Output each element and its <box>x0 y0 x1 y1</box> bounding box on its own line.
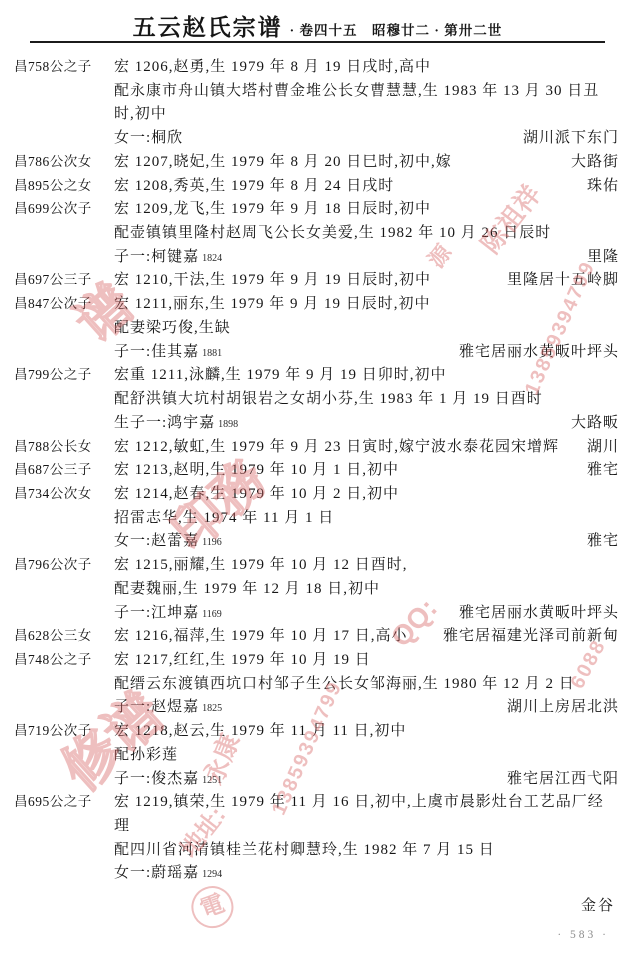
entry-line: 配孙彩莲 <box>14 743 619 767</box>
entry-line: 子一:佳其嘉1881雅宅居丽水黄畈叶坪头 <box>14 340 619 364</box>
entry-text: 宏 1208,秀英,生 1979 年 8 月 24 日戌时 <box>114 174 394 195</box>
entry-text: 配孙彩莲 <box>114 743 178 764</box>
residence-note: 雅宅居丽水黄畈叶坪头 <box>451 340 619 361</box>
residence-note: 大路畈 <box>563 411 619 432</box>
entry-line: 昌699公次子宏 1209,龙飞,生 1979 年 9 月 18 日辰时,初中 <box>14 197 619 221</box>
entry-line: 昌687公三子宏 1213,赵明,生 1979 年 10 月 1 日,初中雅宅 <box>14 458 619 482</box>
entry-text: 配妻梁巧俊,生缺 <box>114 316 231 337</box>
entry-text: 子一:柯键嘉1824 <box>114 245 222 266</box>
registry-number: 1825 <box>202 703 222 714</box>
entry-line: 子一:柯键嘉1824里隆 <box>14 245 619 269</box>
entry-parent-label: 昌697公三子 <box>14 268 114 288</box>
entry-line: 昌758公之子宏 1206,赵勇,生 1979 年 8 月 19 日戌时,高中 <box>14 55 619 79</box>
entry-parent-label: 昌788公长女 <box>14 435 114 455</box>
entry-parent-label: 昌719公次子 <box>14 719 114 739</box>
entry-line: 昌796公次子宏 1215,丽耀,生 1979 年 10 月 12 日酉时, <box>14 553 619 577</box>
genealogy-scan-page: 五云赵氏宗谱 · 卷四十五 昭穆廿二 · 第卅二世 昌758公之子宏 1206,… <box>0 0 635 968</box>
entry-line: 昌695公之子宏 1219,镇荣,生 1979 年 11 月 16 日,初中,上… <box>14 790 619 814</box>
entry-text: 配四川省河清镇桂兰花村卿慧玲,生 1982 年 7 月 15 日 <box>114 838 495 859</box>
entry-line: 配永康市舟山镇大塔村曹金堆公长女曹慧慧,生 1983 年 13 月 30 日丑 <box>14 79 619 103</box>
residence-note: 湖川 <box>579 435 619 456</box>
entry-line: 昌786公次女宏 1207,晓妃,生 1979 年 8 月 20 日巳时,初中,… <box>14 150 619 174</box>
entry-text: 宏 1218,赵云,生 1979 年 11 月 11 日,初中 <box>114 719 406 740</box>
residence-note: 里隆居十五岭脚 <box>499 268 619 289</box>
entry-line: 配四川省河清镇桂兰花村卿慧玲,生 1982 年 7 月 15 日 <box>14 838 619 862</box>
entry-text: 宏 1210,干法,生 1979 年 9 月 19 日辰时,初中 <box>114 268 431 289</box>
registry-number: 1196 <box>202 537 222 548</box>
entry-parent-label: 昌695公之子 <box>14 790 114 810</box>
entry-parent-label: 昌799公之子 <box>14 363 114 383</box>
entry-line: 配舒洪镇大坑村胡银岩之女胡小芬,生 1983 年 1 月 19 日酉时 <box>14 387 619 411</box>
entry-text: 宏 1216,福萍,生 1979 年 10 月 17 日,高小 <box>114 624 408 645</box>
entry-text: 时,初中 <box>114 102 167 123</box>
watermark-fragment: 電 <box>186 880 240 934</box>
registry-number: 1251 <box>202 775 222 786</box>
entry-line: 昌734公次女宏 1214,赵春,生 1979 年 10 月 2 日,初中 <box>14 482 619 506</box>
entry-line: 女一:蔚瑶嘉1294 <box>14 861 619 885</box>
entry-text: 宏 1214,赵春,生 1979 年 10 月 2 日,初中 <box>114 482 399 503</box>
entry-text: 宏 1206,赵勇,生 1979 年 8 月 19 日戌时,高中 <box>114 55 431 76</box>
entry-text: 配舒洪镇大坑村胡银岩之女胡小芬,生 1983 年 1 月 19 日酉时 <box>114 387 543 408</box>
entry-text: 宏 1207,晓妃,生 1979 年 8 月 20 日巳时,初中,嫁 <box>114 150 452 171</box>
entry-text: 子一:佳其嘉1881 <box>114 340 222 361</box>
entry-text: 宏 1213,赵明,生 1979 年 10 月 1 日,初中 <box>114 458 399 479</box>
entry-text: 宏 1212,敏虹,生 1979 年 9 月 23 日寅时,嫁宁波水泰花园宋增辉 <box>114 435 559 456</box>
entry-text: 招雷志华,生 1974 年 11 月 1 日 <box>114 506 334 527</box>
residence-note: 雅宅居丽水黄畈叶坪头 <box>451 601 619 622</box>
registry-number: 1169 <box>202 609 222 620</box>
entry-text: 配妻魏丽,生 1979 年 12 月 18 日,初中 <box>114 577 380 598</box>
entry-parent-label: 昌734公次女 <box>14 482 114 502</box>
entry-line: 时,初中 <box>14 102 619 126</box>
entry-parent-label: 昌628公三女 <box>14 624 114 644</box>
entry-text: 配壶镇镇里隆村赵周飞公长女美爱,生 1982 年 10 月 26 日辰时 <box>114 221 551 242</box>
registry-number: 1898 <box>218 419 238 430</box>
entry-text: 子一:俊杰嘉1251 <box>114 767 222 788</box>
entry-line: 配妻魏丽,生 1979 年 12 月 18 日,初中 <box>14 577 619 601</box>
residence-note: 雅宅居江西弋阳 <box>499 767 619 788</box>
entry-text: 子一:江坤嘉1169 <box>114 601 222 622</box>
entry-line: 昌788公长女宏 1212,敏虹,生 1979 年 9 月 23 日寅时,嫁宁波… <box>14 435 619 459</box>
entry-text: 理 <box>114 814 130 835</box>
entry-text: 生子一:鸿宇嘉1898 <box>114 411 238 432</box>
registry-number: 1881 <box>202 348 222 359</box>
header-rule <box>30 41 605 43</box>
book-title: 五云赵氏宗谱 <box>133 9 283 42</box>
entry-line: 配妻梁巧俊,生缺 <box>14 316 619 340</box>
entry-parent-label: 昌758公之子 <box>14 55 114 75</box>
entry-line: 生子一:鸿宇嘉1898大路畈 <box>14 411 619 435</box>
residence-note: 雅宅 <box>579 458 619 479</box>
entry-text: 宏 1211,丽东,生 1979 年 9 月 19 日辰时,初中 <box>114 292 430 313</box>
residence-note: 大路街 <box>563 150 619 171</box>
entry-text: 宏 1209,龙飞,生 1979 年 9 月 18 日辰时,初中 <box>114 197 431 218</box>
residence-note: 湖川上房居北洪 <box>499 695 619 716</box>
entry-text: 子一:赵煜嘉1825 <box>114 695 222 716</box>
entry-text: 配永康市舟山镇大塔村曹金堆公长女曹慧慧,生 1983 年 13 月 30 日丑 <box>114 79 599 100</box>
entry-text: 女一:赵蕾嘉1196 <box>114 529 222 550</box>
entry-line: 女一:赵蕾嘉1196雅宅 <box>14 529 619 553</box>
residence-note: 里隆 <box>579 245 619 266</box>
entry-text: 宏 1219,镇荣,生 1979 年 11 月 16 日,初中,上虞市晨影灶台工… <box>114 790 604 811</box>
entry-text: 宏 1215,丽耀,生 1979 年 10 月 12 日酉时, <box>114 553 408 574</box>
residence-note: 雅宅居福建光泽司前新甸 <box>435 624 619 645</box>
entry-line: 昌719公次子宏 1218,赵云,生 1979 年 11 月 11 日,初中 <box>14 719 619 743</box>
residence-note: 雅宅 <box>579 529 619 550</box>
entry-line: 配壶镇镇里隆村赵周飞公长女美爱,生 1982 年 10 月 26 日辰时 <box>14 221 619 245</box>
entry-parent-label: 昌796公次子 <box>14 553 114 573</box>
volume-generation-subtitle: · 卷四十五 昭穆廿二 · 第卅二世 <box>290 19 503 39</box>
entry-line: 女一:桐欣湖川派下东门 <box>14 126 619 150</box>
entry-text: 配缙云东渡镇西坑口村邹子生公长女邹海丽,生 1980 年 12 月 2 日 <box>114 672 575 693</box>
entry-parent-label: 昌748公之子 <box>14 648 114 668</box>
entry-text: 女一:蔚瑶嘉1294 <box>114 861 222 882</box>
entry-line: 子一:赵煜嘉1825湖川上房居北洪 <box>14 695 619 719</box>
residence-note: 湖川派下东门 <box>515 126 619 147</box>
page-number: · 583 · <box>557 929 609 941</box>
entry-line: 昌628公三女宏 1216,福萍,生 1979 年 10 月 17 日,高小雅宅… <box>14 624 619 648</box>
entry-line: 配缙云东渡镇西坑口村邹子生公长女邹海丽,生 1980 年 12 月 2 日 <box>14 672 619 696</box>
registry-number: 1824 <box>202 253 222 264</box>
registry-number: 1294 <box>202 869 222 880</box>
residence-note: 珠佑 <box>579 174 619 195</box>
page-header: 五云赵氏宗谱 · 卷四十五 昭穆廿二 · 第卅二世 <box>0 9 635 42</box>
entry-line: 招雷志华,生 1974 年 11 月 1 日 <box>14 506 619 530</box>
entry-line: 子一:江坤嘉1169雅宅居丽水黄畈叶坪头 <box>14 601 619 625</box>
entry-line: 昌847公次子宏 1211,丽东,生 1979 年 9 月 19 日辰时,初中 <box>14 292 619 316</box>
entry-parent-label: 昌699公次子 <box>14 197 114 217</box>
entry-line: 子一:俊杰嘉1251雅宅居江西弋阳 <box>14 767 619 791</box>
entry-parent-label: 昌687公三子 <box>14 458 114 478</box>
entry-text: 女一:桐欣 <box>114 126 183 147</box>
entry-text: 宏 1217,红红,生 1979 年 10 月 19 日 <box>114 648 371 669</box>
genealogy-entries-list: 昌758公之子宏 1206,赵勇,生 1979 年 8 月 19 日戌时,高中配… <box>14 55 619 885</box>
entry-text: 宏重 1211,泳麟,生 1979 年 9 月 19 日卯时,初中 <box>114 363 446 384</box>
branch-footer-note: 金谷 <box>581 894 615 915</box>
entry-line: 昌697公三子宏 1210,干法,生 1979 年 9 月 19 日辰时,初中里… <box>14 268 619 292</box>
entry-line: 昌895公之女宏 1208,秀英,生 1979 年 8 月 24 日戌时珠佑 <box>14 174 619 198</box>
entry-parent-label: 昌847公次子 <box>14 292 114 312</box>
entry-line: 昌799公之子宏重 1211,泳麟,生 1979 年 9 月 19 日卯时,初中 <box>14 363 619 387</box>
entry-line: 昌748公之子宏 1217,红红,生 1979 年 10 月 19 日 <box>14 648 619 672</box>
entry-line: 理 <box>14 814 619 838</box>
entry-parent-label: 昌786公次女 <box>14 150 114 170</box>
entry-parent-label: 昌895公之女 <box>14 174 114 194</box>
